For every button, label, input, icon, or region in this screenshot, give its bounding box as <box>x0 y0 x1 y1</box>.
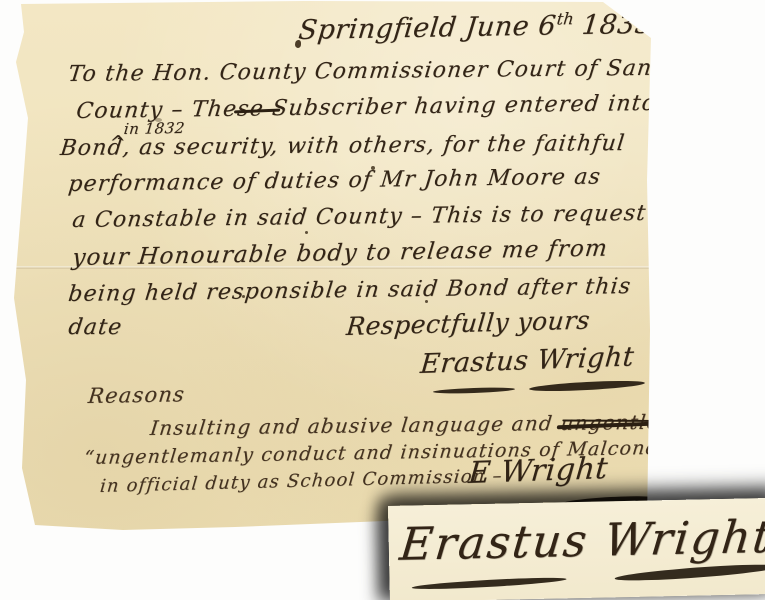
short-signature: E Wright <box>467 451 609 491</box>
ink-speck <box>305 231 308 234</box>
ink-speck <box>242 295 245 298</box>
body-line-7: being held responsible in said Bond afte… <box>67 274 633 307</box>
ink-blot <box>295 40 301 48</box>
scanned-letter-image: Springfield June 6th 1833 To the Hon. Co… <box>0 0 765 600</box>
line2-post: Subscriber having entered into <box>263 91 658 122</box>
ink-speck <box>371 166 375 170</box>
reasons-heading: Reasons <box>87 382 186 408</box>
letter-signature: Erastus Wright <box>419 341 635 380</box>
signature-flourish <box>529 379 645 393</box>
body-line-4: performance of duties of Mr John Moore a… <box>67 165 602 197</box>
ink-smudge <box>155 118 162 122</box>
letter-paper: Springfield June 6th 1833 To the Hon. Co… <box>5 0 653 533</box>
dateline-year: 1833 <box>571 9 654 41</box>
strikethrough-text: ungentlemanly <box>559 409 728 435</box>
inset-flourish <box>412 576 567 592</box>
strikethrough-text: se <box>236 96 265 121</box>
inset-signature: Erastus Wright <box>397 510 765 571</box>
reason-line-3: in official duty as School Commission – <box>99 465 504 497</box>
closing-line: Respectfully yours <box>345 306 591 341</box>
signature-flourish <box>433 387 515 395</box>
body-line-6: your Honourable body to release me from <box>71 236 609 271</box>
reason-line-1: Insulting and abusive language and ungen… <box>149 409 729 440</box>
body-line-3: Bond, as security, with others, for the … <box>59 131 627 161</box>
signature-inset: Erastus Wright <box>388 498 765 600</box>
ink-speck <box>425 300 428 303</box>
reason1-pre: Insulting and abusive language and <box>149 411 562 440</box>
body-line-5: a Constable in said County – This is to … <box>71 201 648 233</box>
body-line-1: To the Hon. County Commissioner Court of… <box>67 55 720 87</box>
dateline-place-date: Springfield June 6 <box>297 10 558 46</box>
dateline: Springfield June 6th 1833 <box>297 8 655 46</box>
body-line-8: date <box>67 315 124 340</box>
